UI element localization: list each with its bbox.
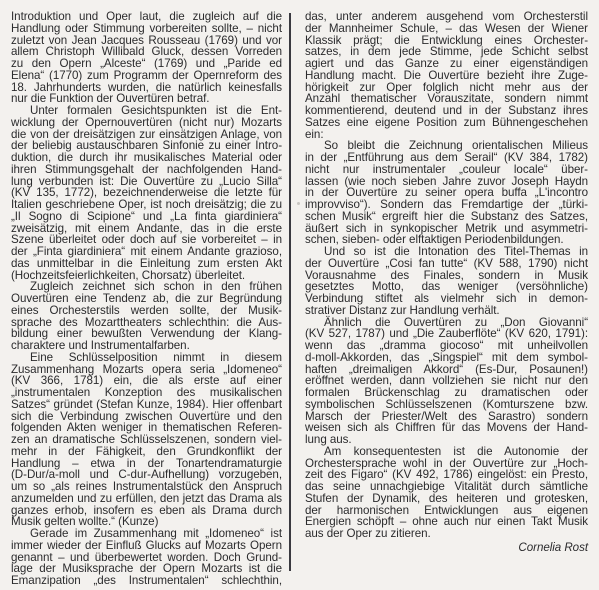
text-line: d-moll-Akkorden, das „Singspiel“ mit dem… bbox=[305, 352, 588, 364]
text-line: zen an dramatische Schlüsselszenen, sond… bbox=[11, 434, 282, 446]
text-line: Handlung oder Stimmung vorbereiten sollt… bbox=[11, 23, 282, 35]
text-line: Handlung macht. Die Ouvertüre bezieht ih… bbox=[305, 70, 588, 82]
text-line: nicht nur instrumentaler „couleur locale… bbox=[305, 164, 588, 176]
text-line: Eine Schlüsselposition nimmt in diesem bbox=[11, 352, 282, 364]
text-line: „Il Sogno di Scipione“ und „La finta gia… bbox=[11, 211, 282, 223]
text-line: der Ouvertüre „Cosi fan tutte“ (KV 588, … bbox=[305, 258, 588, 270]
text-line: Unter formalen Gesichtspunkten ist die E… bbox=[11, 105, 282, 117]
text-line: lung aus. bbox=[305, 434, 588, 446]
right-text-column: das, unter anderem ausgehend vom Orchest… bbox=[305, 11, 588, 554]
text-line: agiert und das Ganze zu einer eigenständ… bbox=[305, 58, 588, 70]
text-line: der „Finta giardiniera“ mit einem Andant… bbox=[11, 246, 282, 258]
text-line: Stufen der Dynamik, des heiteren und gro… bbox=[305, 493, 588, 505]
text-line: das unmittelbar in die Einleitung zum er… bbox=[11, 258, 282, 270]
text-line: der Mannheimer Schule, – das Wesen der W… bbox=[305, 23, 588, 35]
text-line: Introduktion und Oper laut, die zugleich… bbox=[11, 11, 282, 23]
text-line: mehr in der Fähigkeit, den Grundkonflikt… bbox=[11, 446, 282, 458]
column-divider bbox=[289, 13, 291, 571]
booklet-page: Introduktion und Oper laut, die zugleich… bbox=[0, 0, 599, 590]
text-line: in der „Entführung aus dem Serail“ (KV 3… bbox=[305, 152, 588, 164]
author-signature: Cornelia Rost bbox=[305, 540, 588, 554]
text-line: duktion, die durch ihr musikalisches Mat… bbox=[11, 152, 282, 164]
text-line: das seine unnachgiebige Vitalität durch … bbox=[305, 481, 588, 493]
text-line: symbolischen Schlüsselszenen (Komturszen… bbox=[305, 399, 588, 411]
text-line: um so „als reines Instrumentalstück den … bbox=[11, 481, 282, 493]
paper-speck bbox=[297, 202, 300, 205]
text-line: Verbindung stiftet als vielmehr sich in … bbox=[305, 293, 588, 305]
text-line: wenn das „dramma giocoso“ mit unheilvoll… bbox=[305, 340, 588, 352]
text-line: „instrumentalen Konzeption des musikalis… bbox=[11, 387, 282, 399]
text-line: eines Orchesterstils werden sollte, der … bbox=[11, 305, 282, 317]
text-line: Satzes“ gründet (Stefan Kunze, 1984). Hi… bbox=[11, 399, 282, 411]
text-line: kommentierend, deutend und in der Substa… bbox=[305, 105, 588, 117]
text-line: Gerade im Zusammenhang mit „Idomeneo“ is… bbox=[11, 528, 282, 540]
text-line: Ouvertüren eine Tendenz ab, die zur Begr… bbox=[11, 293, 282, 305]
text-line: zu den Opern „Alceste“ (1769) und „Parid… bbox=[11, 58, 282, 70]
text-line: Und so ist die Intonation des Titel-Them… bbox=[305, 246, 588, 258]
text-line: anzumelden und zu erfüllen, den jetzt da… bbox=[11, 493, 282, 505]
text-line: improvviso“). Sondern das Fremdartige de… bbox=[305, 199, 588, 211]
text-line: Italien geschriebene Oper, ist noch drei… bbox=[11, 199, 282, 211]
text-line: strativer Distanz zur Handlung verhält. bbox=[305, 305, 588, 317]
left-text-column: Introduktion und Oper laut, die zugleich… bbox=[11, 11, 282, 587]
text-line: Emanzipation „des Instrumentalen“ schlec… bbox=[11, 575, 282, 587]
text-line: Elena“ (1770) zum Programm der Opernrefo… bbox=[11, 70, 282, 82]
text-line: charaktere und Instrumentalfarben. bbox=[11, 340, 282, 352]
text-line: formalen Brückenschlag zu dramatischen o… bbox=[305, 387, 588, 399]
text-line: Am konsequentesten ist die Autonomie der bbox=[305, 446, 588, 458]
text-line: Satzes eine eigene Position zum Bühnenge… bbox=[305, 117, 588, 129]
text-line: schen Musik“ ergreift hier die Substanz … bbox=[305, 211, 588, 223]
text-line: aus der Oper zu zitieren. bbox=[305, 528, 588, 540]
text-line: immer wieder der Einfluß Glucks auf Moza… bbox=[11, 540, 282, 552]
text-line: ihren Stimmungsgehalt der nachfolgenden … bbox=[11, 164, 282, 176]
text-line: das, unter anderem ausgehend vom Orchest… bbox=[305, 11, 588, 23]
text-line: wicklung der Opernouvertüren (nicht nur)… bbox=[11, 117, 282, 129]
